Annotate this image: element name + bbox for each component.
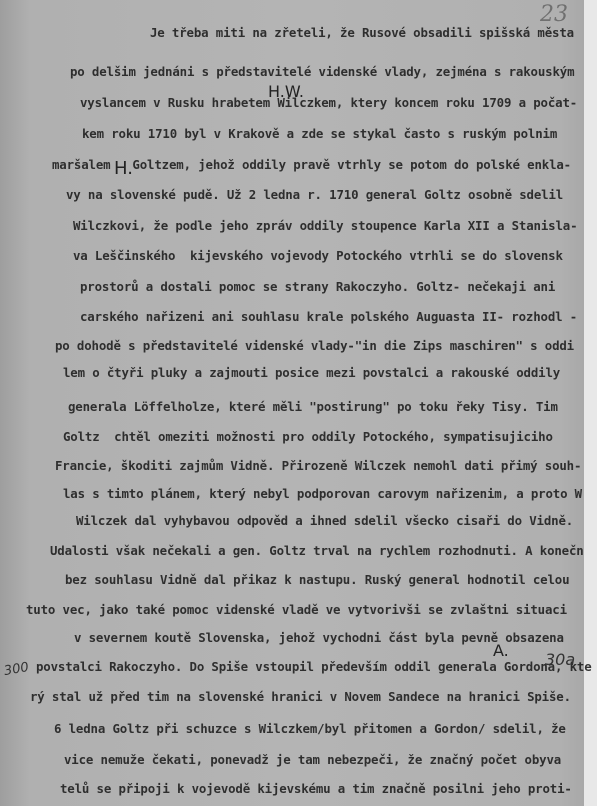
text-line: Je třeba miti na zřeteli, že Rusové obsa… (150, 26, 574, 40)
handwritten-initial-h: H. (114, 158, 133, 179)
text-line: las s timto plánem, který nebyl podporov… (63, 487, 582, 501)
text-line: Udalosti však nečekali a gen. Goltz trva… (50, 544, 584, 558)
handwritten-page-number: 23 (540, 2, 568, 27)
text-line: Wilczek dal vyhybavou odpověd a ihned sd… (76, 514, 573, 528)
margin-note-right-number: 30a (545, 650, 575, 669)
text-line: povstalci Rakoczyho. Do Spiše vstoupil p… (36, 660, 592, 674)
text-line: kem roku 1710 byl v Krakově a zde se sty… (82, 127, 557, 141)
text-line: v severnem koutě Slovenska, jehož vychod… (74, 631, 564, 645)
text-line: po dohodě s představitelé videnské vlady… (55, 339, 574, 353)
text-line: generala Löffelholze, které měli "postir… (68, 400, 558, 414)
text-line: vyslancem v Rusku hrabetem Wilczkem, kte… (80, 96, 577, 110)
text-line: Wilczkovi, že podle jeho zpráv oddily st… (73, 219, 577, 233)
text-line: Francie, škoditi zajmům Vidně. Přirozeně… (55, 459, 581, 473)
text-line: bez souhlasu Vidně dal přikaz k nastupu.… (65, 573, 569, 587)
text-line: Goltz chtěl omeziti možnosti pro oddily … (63, 430, 553, 444)
text-line: vice nemuže čekati, ponevadž je tam nebe… (64, 753, 561, 767)
handwritten-initial-a: A. (493, 641, 509, 660)
text-line: tuto vec, jako také pomoc videnské vladě… (26, 603, 567, 617)
text-line: carského nařizeni ani souhlasu krale pol… (80, 310, 577, 324)
handwritten-initials-hw: H.W. (268, 82, 304, 101)
text-line: telů se připoji k vojevodě kijevskému a … (60, 782, 572, 796)
text-line: rý stal už před tim na slovenské hranici… (30, 690, 571, 704)
text-line: va Leščinského kijevského vojevody Potoc… (73, 249, 563, 263)
text-line: 6 ledna Goltz při schuzce s Wilczkem/byl… (54, 722, 566, 736)
text-line: po delšim jednáni s představitelé videns… (70, 65, 574, 79)
text-line: lem o čtyři pluky a zajmouti posice mezi… (63, 366, 560, 380)
text-line: vy na slovenské pudě. Už 2 ledna r. 1710… (66, 188, 563, 202)
text-line: prostorů a dostali pomoc se strany Rakoc… (80, 280, 555, 294)
page-edge (584, 0, 597, 806)
